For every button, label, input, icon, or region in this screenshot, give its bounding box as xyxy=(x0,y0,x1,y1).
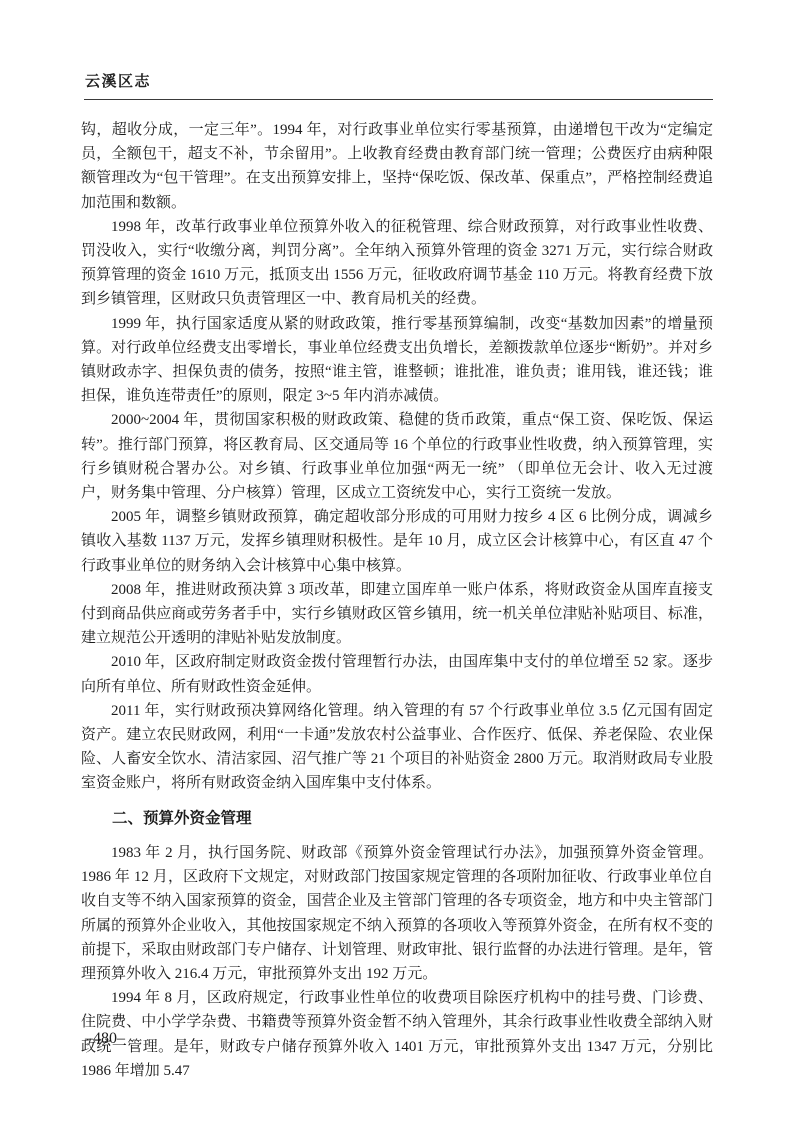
page-body: 钩，超收分成，一定三年”。1994 年，对行政事业单位实行零基预算，由递增包干改… xyxy=(81,118,713,1083)
body-paragraph: 1994 年 8 月，区政府规定，行政事业性单位的收费项目除医疗机构中的挂号费、… xyxy=(81,986,713,1083)
book-page: 云溪区志 钩，超收分成，一定三年”。1994 年，对行政事业单位实行零基预算，由… xyxy=(0,0,793,1122)
body-paragraph: 2008 年，推进财政预决算 3 项改革，即建立国库单一账户体系，将财政资金从国… xyxy=(81,578,713,651)
body-paragraph: 1983 年 2 月，执行国务院、财政部《预算外资金管理试行办法》，加强预算外资… xyxy=(81,841,713,986)
body-paragraph: 2000~2004 年，贯彻国家积极的财政政策、稳健的货币政策，重点“保工资、保… xyxy=(81,408,713,505)
page-number: –480– xyxy=(85,1030,125,1048)
body-paragraph: 钩，超收分成，一定三年”。1994 年，对行政事业单位实行零基预算，由递增包干改… xyxy=(81,118,713,215)
body-paragraph: 2005 年，调整乡镇财政预算，确定超收部分形成的可用财力按乡 4 区 6 比例… xyxy=(81,505,713,578)
body-paragraph: 1998 年，改革行政事业单位预算外收入的征税管理、综合财政预算，对行政事业性收… xyxy=(81,215,713,312)
running-header: 云溪区志 xyxy=(85,70,151,91)
body-paragraph: 2011 年，实行财政预决算网络化管理。纳入管理的有 57 个行政事业单位 3.… xyxy=(81,699,713,796)
body-paragraph: 1999 年，执行国家适度从紧的财政政策，推行零基预算编制，改变“基数加因素”的… xyxy=(81,312,713,409)
section-heading: 二、预算外资金管理 xyxy=(81,807,713,831)
body-paragraph: 2010 年，区政府制定财政资金拨付管理暂行办法，由国库集中支付的单位增至 52… xyxy=(81,650,713,698)
header-rule-divider xyxy=(84,99,713,100)
